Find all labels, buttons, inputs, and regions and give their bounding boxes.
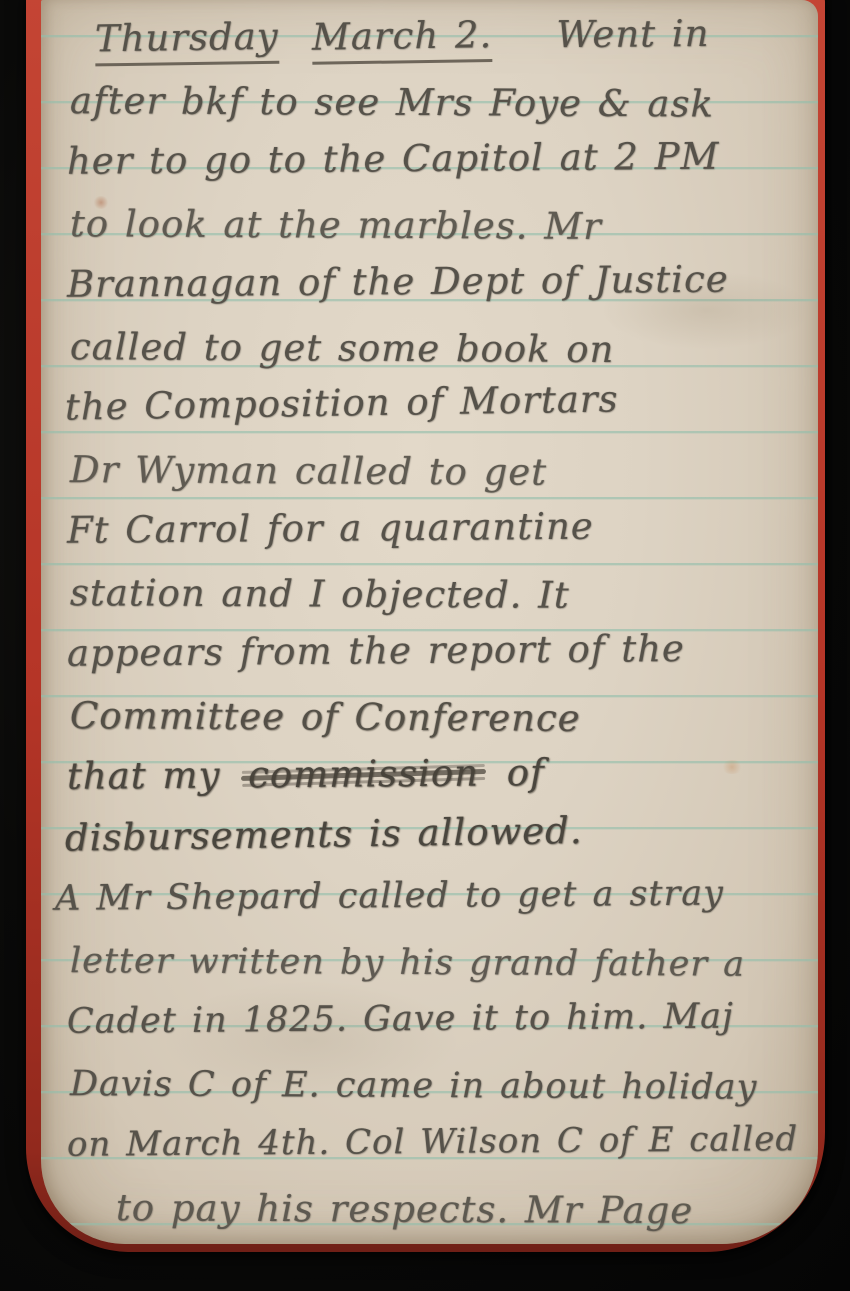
- handwriting-line: the Composition of Mortars: [41, 366, 816, 439]
- notebook-page: Thursday March 2. Went in after bkf to s…: [41, 0, 818, 1244]
- handwriting-line: appears from the report of the: [41, 617, 818, 685]
- handwriting-line: A Mr Shepard called to get a stray: [41, 863, 818, 931]
- handwriting-line: her to go to the Capitol at 2 PM: [41, 125, 818, 193]
- handwriting-line: to pay his respects. Mr Page: [90, 1177, 818, 1242]
- handwriting-line-date-heading: Thursday March 2. Went in: [69, 2, 818, 69]
- line-text: Went in: [556, 13, 709, 57]
- handwriting-line: on March 4th. Col Wilson C of E called: [41, 1109, 818, 1177]
- handwriting-line: Cadet in 1825. Gave it to him. Maj: [41, 986, 818, 1054]
- handwriting-block: Thursday March 2. Went in after bkf to s…: [41, 8, 818, 1238]
- handwriting-line: disbursements is allowed.: [41, 796, 816, 869]
- line-text: of: [507, 752, 545, 795]
- handwriting-line: Brannagan of the Dept of Justice: [41, 248, 818, 316]
- struck-word: commission: [248, 753, 479, 797]
- handwriting-line: Ft Carrol for a quarantine: [41, 494, 818, 562]
- photo-background: Thursday March 2. Went in after bkf to s…: [0, 0, 850, 1291]
- line-text: that my: [67, 755, 221, 799]
- underlined-date: March 2.: [312, 14, 493, 64]
- underlined-day: Thursday: [95, 16, 279, 66]
